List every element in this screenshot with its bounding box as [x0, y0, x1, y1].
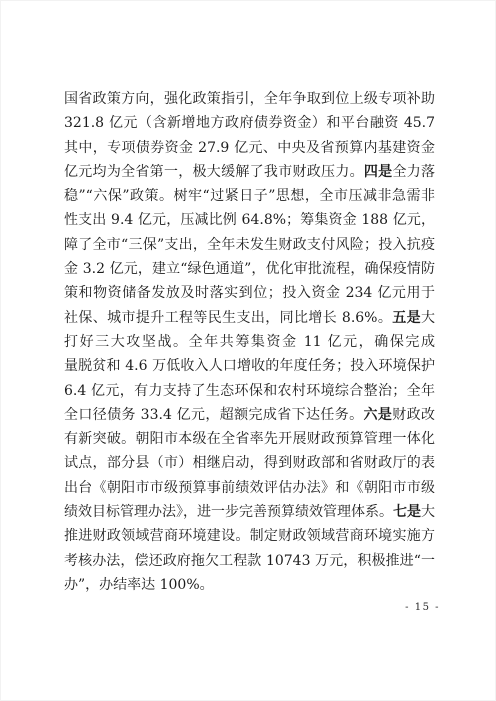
text-segment: 6.4 亿元，有力支持了生态环保和农村环境综合整治；全年化解 — [64, 383, 435, 403]
text-line: 量脱贫和 4.6 万低收入人口增收的年度任务；投入环境保护资金 — [64, 354, 435, 378]
text-segment: 障了全市“三保”支出，全年未发生财政支付风险；投入抗疫资 — [64, 237, 435, 257]
emphasis-marker: 七是 — [393, 504, 421, 520]
text-line: 试点，部分县（市）相继启动，得到财政部和省财政厅的表扬； — [64, 451, 435, 475]
text-line: 亿元均为全省第一，极大缓解了我市财政压力。四是全力落实“六 — [64, 160, 435, 184]
text-line: 策和物资储备发放及时落实到位；投入资金 234 亿元用于教育、 — [64, 281, 435, 305]
text-line: 打好三大攻坚战。全年共筹集资金 11 亿元，确保完成 7088 人高质 — [64, 330, 435, 354]
text-segment: 国省政策方向，强化政策指引，全年争取到位上级专项补助资金 — [64, 91, 435, 111]
text-line: 出台《朝阳市市级预算事前绩效评估办法》和《朝阳市市级预算 — [64, 476, 435, 500]
text-segment: 打好三大攻坚战。全年共筹集资金 11 亿元，确保完成 7088 人高质 — [64, 334, 435, 354]
text-segment: 全口径债务 33.4 亿元，超额完成省下达任务。 — [64, 407, 364, 423]
page-number: - 15 - — [405, 602, 440, 613]
text-line: 障了全市“三保”支出，全年未发生财政支付风险；投入抗疫资 — [64, 233, 435, 257]
text-segment: 有新突破。朝阳市本级在全省率先开展财政预算管理一体化改革 — [64, 431, 435, 451]
text-segment: 性支出 9.4 亿元，压减比例 64.8%；筹集资金 188 亿元，有力保 — [64, 212, 435, 232]
text-segment: 稳”“六保”政策。树牢“过紧日子”思想，全市压减非急需非刚 — [64, 188, 435, 208]
text-segment: 其中，专项债券资金 27.9 亿元、中央及省预算内基建资金 13.14 — [64, 140, 435, 160]
text-line: 国省政策方向，强化政策指引，全年争取到位上级专项补助资金 — [64, 87, 435, 111]
text-segment: 推进财政领域营商环境建设。制定财政领域营商环境实施方案和 — [64, 528, 435, 548]
text-block: 国省政策方向，强化政策指引，全年争取到位上级专项补助资金321.8 亿元（含新增… — [64, 87, 435, 597]
text-segment: 亿元均为全省第一，极大缓解了我市财政压力。 — [64, 164, 364, 180]
text-segment: 试点，部分县（市）相继启动，得到财政部和省财政厅的表扬； — [64, 455, 435, 475]
emphasis-marker: 五是 — [392, 310, 421, 326]
text-segment: 策和物资储备发放及时落实到位；投入资金 234 亿元用于教育、 — [64, 285, 435, 305]
text-segment: 社保、城市提升工程等民生支出，同比增长 8.6%。 — [64, 310, 392, 326]
text-segment: 321.8 亿元（含新增地方政府债券资金）和平台融资 45.7 亿元， — [64, 115, 435, 135]
text-line: 金 3.2 亿元，建立“绿色通道”，优化审批流程，确保疫情防控政 — [64, 257, 435, 281]
text-segment: 绩效目标管理办法》，进一步完善预算绩效管理体系。 — [64, 504, 393, 520]
text-segment: 金 3.2 亿元，建立“绿色通道”，优化审批流程，确保疫情防控政 — [64, 261, 435, 281]
text-line: 321.8 亿元（含新增地方政府债券资金）和平台融资 45.7 亿元， — [64, 111, 435, 135]
text-line: 绩效目标管理办法》，进一步完善预算绩效管理体系。七是大力 — [64, 500, 435, 524]
document-page: 国省政策方向，强化政策指引，全年争取到位上级专项补助资金321.8 亿元（含新增… — [0, 0, 496, 701]
text-line: 全口径债务 33.4 亿元，超额完成省下达任务。六是财政改革又 — [64, 403, 435, 427]
text-line: 6.4 亿元，有力支持了生态环保和农村环境综合整治；全年化解 — [64, 379, 435, 403]
emphasis-marker: 四是 — [364, 164, 393, 180]
text-line: 办”，办结率达 100%。 — [64, 573, 435, 597]
text-line: 推进财政领域营商环境建设。制定财政领域营商环境实施方案和 — [64, 524, 435, 548]
text-line: 性支出 9.4 亿元，压减比例 64.8%；筹集资金 188 亿元，有力保 — [64, 208, 435, 232]
text-segment: 办”，办结率达 100%。 — [64, 577, 214, 593]
text-line: 社保、城市提升工程等民生支出，同比增长 8.6%。五是大力支持 — [64, 306, 435, 330]
text-line: 考核办法，偿还政府拖欠工程款 10743 万元，积极推进“一网通 — [64, 549, 435, 573]
text-segment: 量脱贫和 4.6 万低收入人口增收的年度任务；投入环境保护资金 — [64, 358, 435, 378]
text-line: 稳”“六保”政策。树牢“过紧日子”思想，全市压减非急需非刚 — [64, 184, 435, 208]
text-segment: 考核办法，偿还政府拖欠工程款 10743 万元，积极推进“一网通 — [64, 553, 435, 573]
text-line: 其中，专项债券资金 27.9 亿元、中央及省预算内基建资金 13.14 — [64, 136, 435, 160]
text-segment: 出台《朝阳市市级预算事前绩效评估办法》和《朝阳市市级预算 — [64, 480, 435, 500]
text-line: 有新突破。朝阳市本级在全省率先开展财政预算管理一体化改革 — [64, 427, 435, 451]
emphasis-marker: 六是 — [364, 407, 393, 423]
